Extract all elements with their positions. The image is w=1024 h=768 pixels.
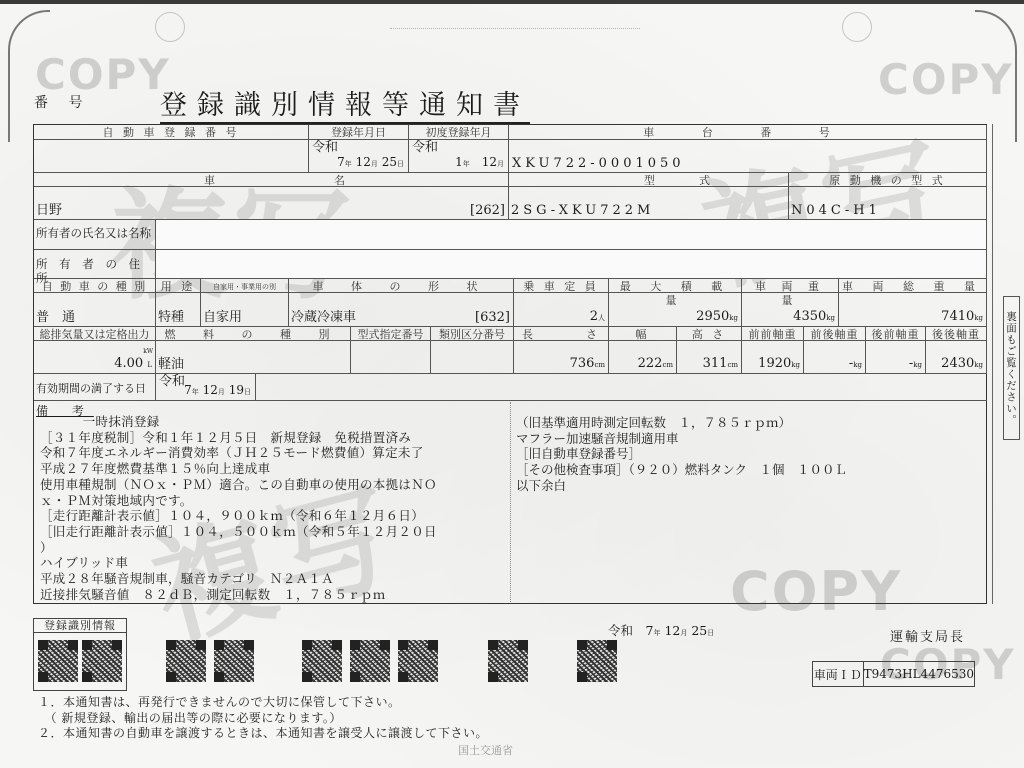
length-value: 736cm (570, 357, 605, 372)
qr-code-icon (82, 640, 122, 682)
corner-ornament-left (8, 10, 50, 142)
body-shape-value: 冷蔵冷凍車 (291, 311, 356, 325)
rf-axle-cell: -kg (866, 341, 926, 374)
chassis-cell: XKU722-0001050 (509, 140, 987, 173)
fr-axle-value: -kg (849, 357, 862, 372)
rf-axle-value: -kg (909, 357, 922, 372)
engine-cell: N04C-H1 (789, 187, 987, 220)
displacement-cell: kW 4.00 L (34, 341, 156, 374)
height-header: 高 さ (677, 327, 742, 341)
document-number-label: 番 号 (34, 92, 90, 112)
type-designation-value (351, 341, 431, 374)
qr-code-icon (38, 640, 78, 682)
rr-axle-cell: 2430kg (926, 341, 987, 374)
vehicle-type-value: 普 通 (36, 311, 75, 325)
vehicle-id-label: 車両ＩＤ (813, 662, 864, 686)
max-load-header: 最 大 積 載 量 (609, 279, 742, 293)
gross-weight-cell: 7410kg (839, 293, 987, 327)
reg-date-header: 登録年月日 (309, 125, 409, 140)
qr-code-icon (214, 640, 254, 682)
vehicle-type-cell: 普 通 (34, 293, 156, 327)
expiry-cell: 令和 7年 12月 19日 (156, 374, 256, 401)
qr-box-title: 登録識別情報 (34, 619, 126, 633)
usage-value: 特種 (158, 311, 184, 325)
corner-ornament-right (975, 10, 1017, 142)
category-number-header: 類別区分番号 (431, 327, 514, 341)
reg-date-value: 7年 12月 25日 (337, 155, 404, 171)
margin-line (992, 124, 993, 604)
rr-axle-value: 2430kg (941, 357, 983, 372)
first-reg-cell: 令和 1年 12月 (409, 140, 509, 173)
remarks-divider (510, 402, 511, 602)
qr-code-icon (488, 640, 528, 682)
qr-code-icon (398, 640, 438, 682)
issue-date: 令和 7年 12月 25日 (608, 621, 714, 639)
vehicle-weight-cell: 4350kg (742, 293, 839, 327)
body-shape-header: 車 体 の 形 状 (289, 279, 514, 293)
usage-header: 用 途 (156, 279, 201, 293)
remarks-left: 一時抹消登録 ［３１年度税制］令和１年１２月５日 新規登録 免税措置済み 令和７… (40, 414, 510, 602)
usage-cell: 特種 (156, 293, 201, 327)
reg-date-cell: 令和 7年 12月 25日 (309, 140, 409, 173)
ministry-logo: 国土交通省 (458, 742, 513, 758)
car-name-header: 車 名 (34, 173, 509, 187)
length-cell: 736cm (514, 341, 609, 374)
car-name-code: [262] (470, 204, 505, 218)
vehicle-weight-header: 車 両 重 量 (742, 279, 839, 293)
page-title: 登録識別情報等通知書 (160, 90, 530, 124)
width-cell: 222cm (609, 341, 677, 374)
fuel-header: 燃 料 の 種 別 (156, 327, 351, 341)
rr-axle-header: 後後軸重 (926, 327, 987, 341)
fuel-cell: 軽油 (156, 341, 351, 374)
height-value: 311cm (703, 357, 738, 372)
remarks-right: （旧基準適用時測定回転数 １，７８５ｒｐｍ） マフラー加速騒音規制適用車 ［旧自… (516, 415, 976, 494)
capacity-value: 2人 (590, 310, 605, 325)
private-business-header: 自家用・事業用の別 (201, 279, 289, 293)
capacity-cell: 2人 (514, 293, 609, 327)
displacement-value: 4.00 L (114, 357, 152, 372)
owner-address-label: 所 有 者 の 住 所 (34, 250, 156, 279)
max-load-value: 2950kg (696, 310, 738, 325)
expiry-label: 有効期間の満了する日 (34, 374, 156, 401)
reg-number-value (34, 140, 309, 173)
first-reg-header: 初度登録年月 (409, 125, 509, 140)
footer-notes: １．本通知書は、再発行できませんので大切に保管して下さい。 （ 新規登録、輸出の… (38, 695, 488, 742)
body-shape-cell: 冷蔵冷凍車 [632] (289, 293, 514, 327)
width-header: 幅 (609, 327, 677, 341)
height-cell: 311cm (677, 341, 742, 374)
model-header: 型 式 (509, 173, 789, 187)
gross-weight-value: 7410kg (941, 310, 983, 325)
vehicle-type-header: 自 動 車 の 種 別 (34, 279, 156, 293)
model-value: 2SG-XKU722M (511, 204, 654, 218)
owner-name-label: 所有者の氏名又は名称 (34, 220, 156, 250)
type-designation-header: 型式指定番号 (351, 327, 431, 341)
body-shape-code: [632] (475, 311, 510, 325)
emblem-icon (842, 12, 872, 42)
vehicle-id-value: T9473HL4476530 (864, 662, 974, 686)
first-reg-era: 令和 (412, 141, 438, 155)
issuer: 運輸支局長 (890, 626, 965, 645)
top-ornament (390, 8, 640, 29)
owner-address-value (156, 250, 987, 279)
engine-value: N04C-H1 (791, 204, 881, 218)
rf-axle-header: 後前軸重 (866, 327, 926, 341)
displacement-header: 総排気量又は定格出力 (34, 327, 156, 341)
vehicle-id-box: 車両ＩＤ T9473HL4476530 (812, 661, 975, 687)
length-header: 長 さ (514, 327, 609, 341)
qr-code-icon (350, 640, 390, 682)
reg-number-header: 自 動 車 登 録 番 号 (34, 125, 309, 140)
model-cell: 2SG-XKU722M (509, 187, 789, 220)
first-reg-value: 1年 12月 (455, 155, 504, 171)
expiry-era: 令和 (159, 375, 185, 389)
qr-code-icon (166, 640, 206, 682)
capacity-header: 乗 車 定 員 (514, 279, 609, 293)
reg-date-era: 令和 (312, 141, 338, 155)
engine-header: 原 動 機 の 型 式 (789, 173, 987, 187)
chassis-value: XKU722-0001050 (512, 157, 685, 171)
ff-axle-header: 前前軸重 (742, 327, 804, 341)
ff-axle-cell: 1920kg (742, 341, 804, 374)
width-value: 222cm (638, 357, 673, 372)
category-number-value (431, 341, 514, 374)
max-load-cell: 2950kg (609, 293, 742, 327)
owner-name-value (156, 220, 987, 250)
chassis-header: 車 台 番 号 (509, 125, 987, 140)
qr-code-icon (302, 640, 342, 682)
car-name-value: 日野 (36, 204, 62, 218)
emblem-icon (155, 12, 185, 42)
expiry-value: 7年 12月 19日 (184, 383, 251, 399)
vehicle-weight-value: 4350kg (793, 310, 835, 325)
ff-axle-value: 1920kg (758, 357, 800, 372)
fr-axle-header: 前後軸重 (804, 327, 866, 341)
car-name-cell: 日野 [262] (34, 187, 509, 220)
qr-code-icon (577, 640, 617, 682)
private-business-cell: 自家用 (201, 293, 289, 327)
gross-weight-header: 車 両 総 重 量 (839, 279, 987, 293)
expiry-blank (256, 374, 987, 401)
fr-axle-cell: -kg (804, 341, 866, 374)
fuel-value: 軽油 (158, 358, 184, 372)
private-business-value: 自家用 (203, 311, 242, 325)
see-reverse-note: 裏面もご覧ください。 (1003, 296, 1020, 440)
